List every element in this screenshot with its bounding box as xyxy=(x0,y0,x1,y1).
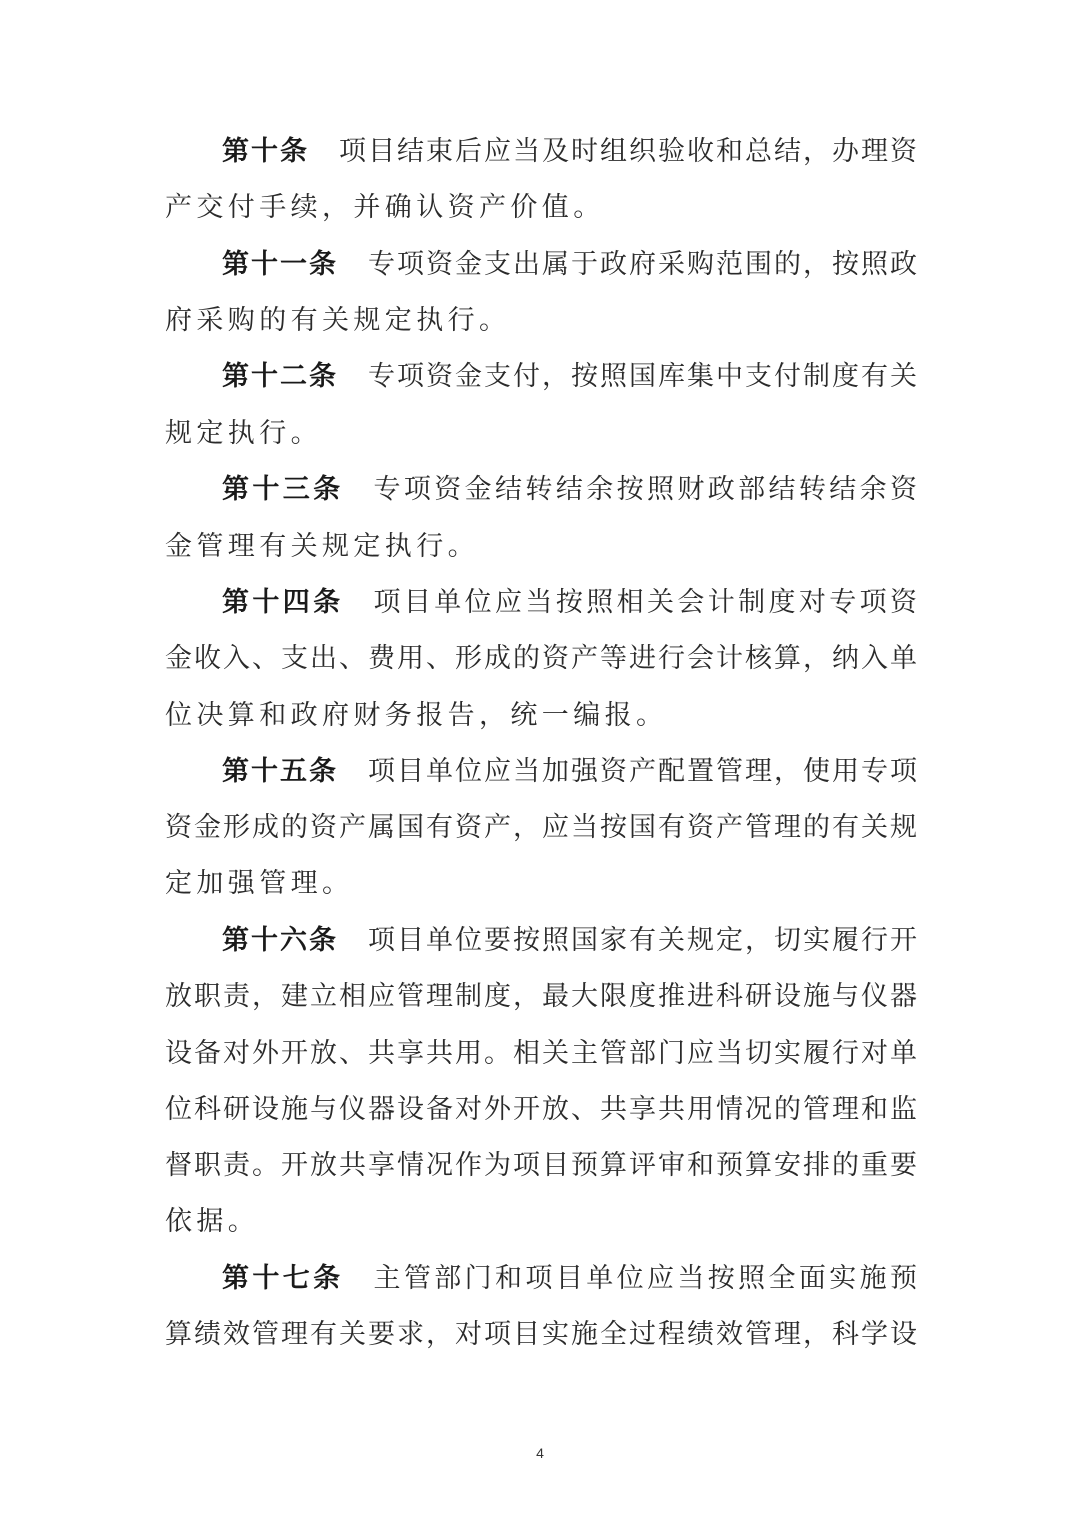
article-text: 主管部门和项目单位应当按照全面实施预 xyxy=(374,1263,917,1294)
article-number: 第十五条 xyxy=(222,756,338,787)
article-number: 第十六条 xyxy=(222,925,338,956)
article-15-line-1: 第十五条项目单位应当加强资产配置管理，使用专项 xyxy=(222,752,917,792)
article-12-line-2: 规定执行。 xyxy=(165,414,917,454)
article-text: 专项资金结转结余按照财政部结转结余资 xyxy=(374,474,917,505)
article-number: 第十四条 xyxy=(222,587,344,618)
article-14-line-3: 位决算和政府财务报告，统一编报。 xyxy=(165,696,917,736)
article-number: 第十条 xyxy=(222,136,309,167)
article-11-line-2: 府采购的有关规定执行。 xyxy=(165,301,917,341)
article-15-line-3: 定加强管理。 xyxy=(165,864,917,904)
article-16-line-4: 位科研设施与仪器设备对外开放、共享共用情况的管理和监 xyxy=(165,1090,917,1130)
article-16-line-3: 设备对外开放、共享共用。相关主管部门应当切实履行对单 xyxy=(165,1034,917,1074)
article-16-line-1: 第十六条项目单位要按照国家有关规定，切实履行开 xyxy=(222,921,917,961)
article-text: 专项资金支出属于政府采购范围的，按照政 xyxy=(368,249,917,280)
article-number: 第十二条 xyxy=(222,361,338,392)
article-text: 项目结束后应当及时组织验收和总结，办理资 xyxy=(339,136,917,167)
page-number: 4 xyxy=(0,1445,1080,1461)
article-14-line-2: 金收入、支出、费用、形成的资产等进行会计核算，纳入单 xyxy=(165,639,917,679)
article-number: 第十一条 xyxy=(222,249,338,280)
article-10-line-1: 第十条项目结束后应当及时组织验收和总结，办理资 xyxy=(222,132,917,172)
article-16-line-2: 放职责，建立相应管理制度，最大限度推进科研设施与仪器 xyxy=(165,977,917,1017)
article-16-line-6: 依据。 xyxy=(165,1202,917,1242)
article-text: 项目单位要按照国家有关规定，切实履行开 xyxy=(368,925,917,956)
article-13-line-2: 金管理有关规定执行。 xyxy=(165,527,917,567)
article-13-line-1: 第十三条专项资金结转结余按照财政部结转结余资 xyxy=(222,470,917,510)
document-page: 第十条项目结束后应当及时组织验收和总结，办理资 产交付手续，并确认资产价值。 第… xyxy=(0,0,1080,1527)
article-text: 专项资金支付，按照国库集中支付制度有关 xyxy=(368,361,917,392)
article-17-line-2: 算绩效管理有关要求，对项目实施全过程绩效管理，科学设 xyxy=(165,1315,917,1355)
article-11-line-1: 第十一条专项资金支出属于政府采购范围的，按照政 xyxy=(222,245,917,285)
article-number: 第十七条 xyxy=(222,1263,344,1294)
article-number: 第十三条 xyxy=(222,474,344,505)
article-14-line-1: 第十四条项目单位应当按照相关会计制度对专项资 xyxy=(222,583,917,623)
article-10-line-2: 产交付手续，并确认资产价值。 xyxy=(165,188,917,228)
article-text: 项目单位应当加强资产配置管理，使用专项 xyxy=(368,756,917,787)
article-15-line-2: 资金形成的资产属国有资产，应当按国有资产管理的有关规 xyxy=(165,808,917,848)
article-16-line-5: 督职责。开放共享情况作为项目预算评审和预算安排的重要 xyxy=(165,1146,917,1186)
article-12-line-1: 第十二条专项资金支付，按照国库集中支付制度有关 xyxy=(222,357,917,397)
article-17-line-1: 第十七条主管部门和项目单位应当按照全面实施预 xyxy=(222,1259,917,1299)
article-text: 项目单位应当按照相关会计制度对专项资 xyxy=(374,587,917,618)
